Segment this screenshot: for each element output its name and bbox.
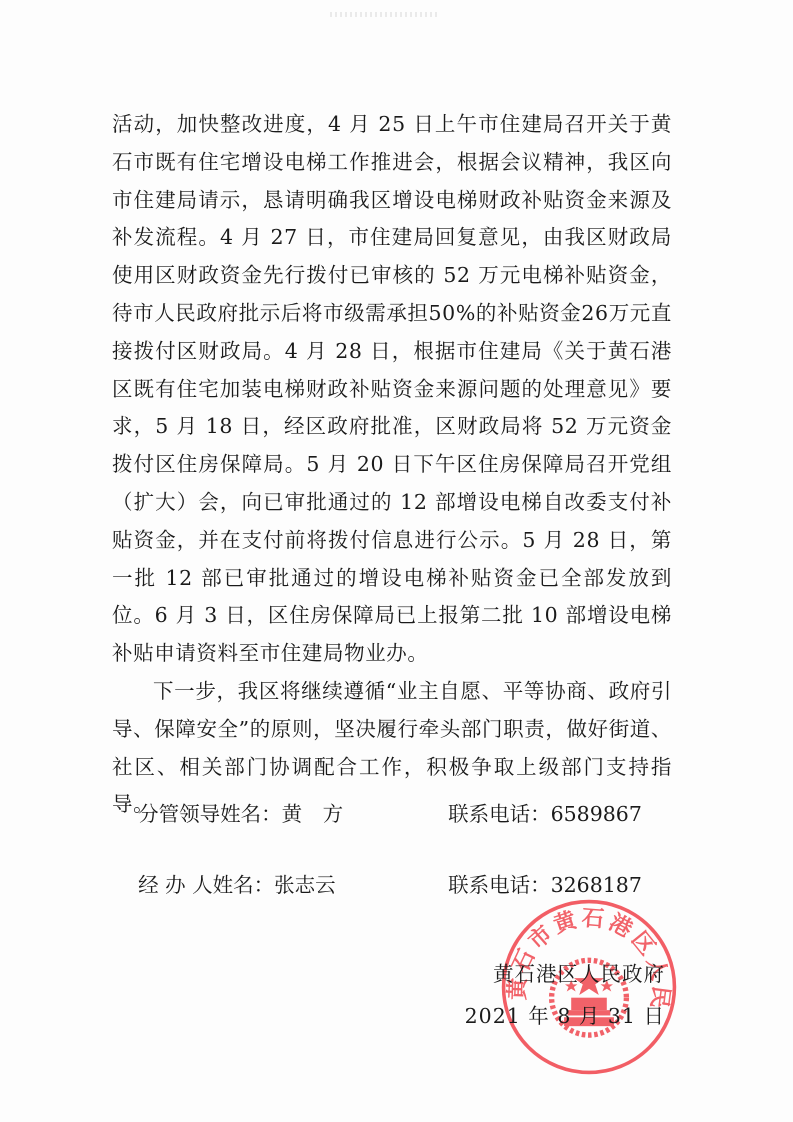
signing-date: 2021 年 8 月 31 日	[465, 999, 665, 1029]
handler-phone: 联系电话：3268187	[448, 873, 642, 897]
leader-name: 分管领导姓名：黄 方	[138, 797, 448, 827]
handler-name: 经 办 人姓名：张志云	[138, 868, 448, 898]
document-page: 活动，加快整改进度，4 月 25 日上午市住建局召开关于黄石市既有住宅增设电梯工…	[0, 0, 793, 1122]
signing-organization: 黄石港区人民政府	[493, 957, 665, 987]
document-body: 活动，加快整改进度，4 月 25 日上午市住建局召开关于黄石市既有住宅增设电梯工…	[112, 106, 672, 824]
official-seal-icon: 黄石市黄石港区人民政府	[500, 898, 678, 1076]
leader-phone: 联系电话：6589867	[448, 802, 642, 826]
contact-leader: 分管领导姓名：黄 方联系电话：6589867	[112, 773, 642, 851]
seal-ring-text: 黄石市黄石港区人民政府	[500, 898, 674, 1013]
svg-text:黄石市黄石港区人民政府: 黄石市黄石港区人民政府	[500, 898, 674, 1013]
paragraph-progress: 活动，加快整改进度，4 月 25 日上午市住建局召开关于黄石市既有住宅增设电梯工…	[112, 106, 672, 673]
scan-artifact	[330, 12, 440, 17]
